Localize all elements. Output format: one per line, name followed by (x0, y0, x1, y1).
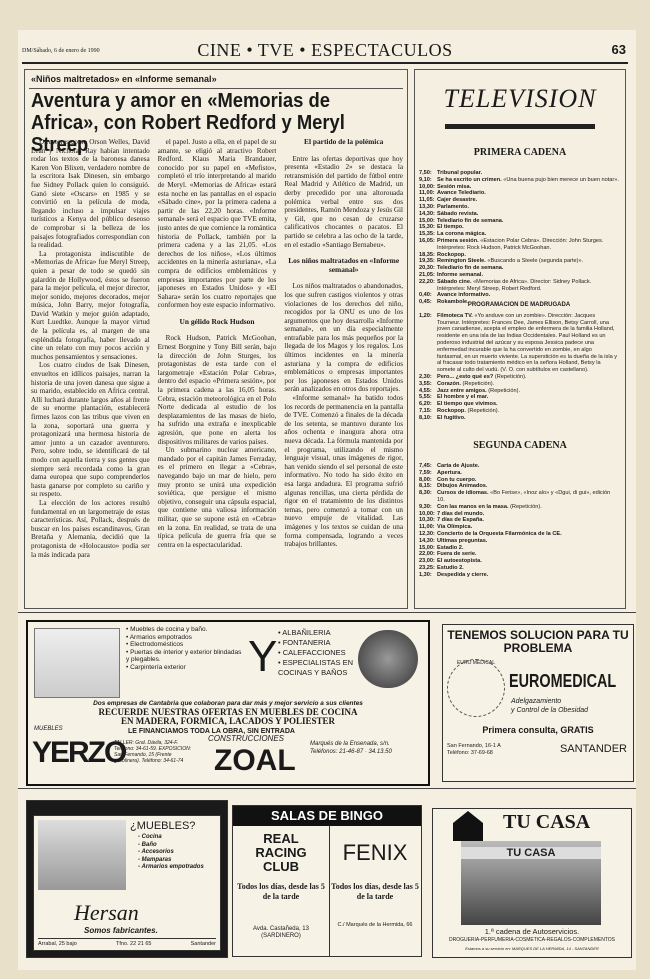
schedule-row: 6,20:El tiempo que vivimos. (419, 401, 619, 408)
program-time: 8,00: (419, 477, 437, 484)
list-item: • Carpintería exterior (126, 664, 246, 672)
program-time: 13,30: (419, 204, 437, 211)
program-name: Estadio 2. (437, 545, 463, 551)
program-name: Sábado cine. (437, 279, 473, 285)
program-name: Concierto de la Orquesta Filarmónica de … (437, 531, 562, 537)
bingo-divider (329, 826, 330, 956)
schedule-row: 14,30:Ultimas preguntas. (419, 538, 619, 545)
paragraph: Entre las ofertas deportivas que hoy pre… (284, 155, 403, 250)
schedule-row: 7,15:Rockopop. (Repetición). (419, 408, 619, 415)
subheading: Un gélido Rock Hudson (158, 318, 277, 327)
program-name: Remington Steele. (437, 258, 487, 264)
schedule-row: 22,20:Sábado cine. «Memorias de Africa».… (419, 279, 619, 293)
article-column-1: Directores como Orson Welles, David Lean… (31, 138, 150, 604)
program-time: 19,35: (419, 258, 437, 265)
list-item: - Accesorios (138, 849, 204, 857)
program-name: Rockopop. (437, 252, 466, 258)
program-name: 7 días de España. (437, 517, 484, 523)
house-icon (453, 811, 483, 841)
program-description: «Yo anduve con un zombie». Dirección: Ja… (437, 313, 617, 373)
schedule-segunda: 7,45:Carta de Ajuste. 7,59:Apertura. 8,0… (419, 463, 619, 579)
schedule-row: 15,30:El tiempo. (419, 224, 619, 231)
zoal-address: Marqués de la Ensenada, s/n. Teléfonos: … (310, 740, 420, 756)
euromedical-headline: TENEMOS SOLUCION PARA TU PROBLEMA (443, 629, 633, 655)
program-name: El tiempo. (437, 224, 464, 230)
page-number: 63 (612, 42, 626, 57)
program-time: 8,15: (419, 483, 437, 490)
zoal-logo: ZOAL (214, 744, 296, 778)
bingo-right-name: FENIX (331, 840, 419, 866)
schedule-row: 8,30:Cursos de idiomas. «Bo Ferise», «In… (419, 490, 619, 504)
schedule-row: 19,35:Remington Steele. «Buscando a Stee… (419, 258, 619, 265)
program-time: 8,30: (419, 490, 437, 504)
program-time: 7,15: (419, 408, 437, 415)
schedule-row: 23,00:El autoestopista. (419, 558, 619, 565)
program-time: 15,00: (419, 218, 437, 225)
program-name: El fugitivo. (437, 415, 466, 421)
hersan-items: - Cocina - Baño - Accesorios - Mamparas … (138, 834, 204, 872)
schedule-row: 11,00:Avance Telediario. (419, 190, 619, 197)
list-item: - Armarios empotrados (138, 864, 204, 872)
address-line: San Fernando, 16-1 A (447, 743, 501, 750)
program-time: 7,50: (419, 170, 437, 177)
program-time: 6,20: (419, 401, 437, 408)
program-name: Filmoteca TV. (437, 313, 474, 319)
schedule-row: 9,10:Se ha escrito un crimen. «Una buena… (419, 177, 619, 184)
program-name: La corona mágica. (437, 231, 486, 237)
schedule-row: 18,35:Rockopop. (419, 252, 619, 259)
program-time: 16,05: (419, 238, 437, 252)
tucasa-line3: Estamos a su servicio en: MARQUES DE LA … (433, 946, 631, 951)
program-name: Cursos de idiomas. (437, 490, 490, 496)
program-time: 1,20: (419, 313, 437, 374)
schedule-row: 12,30:Concierto de la Orquesta Filarmóni… (419, 531, 619, 538)
euromedical-contact: San Fernando, 16-1 A Teléfono: 37-69-68 (447, 743, 501, 757)
hersan-contact: Arrabal, 25 bajo Tfno. 22 21 65 Santande… (38, 938, 216, 947)
subsection-heading: PROGRAMACION DE MADRUGADA (419, 302, 619, 309)
ad-bingo: SALAS DE BINGO REAL RACING CLUB Todos lo… (232, 805, 422, 957)
program-name: Corazón. (437, 381, 462, 387)
program-time: 22,20: (419, 279, 437, 293)
yerzo-logo: YERZO (32, 736, 125, 770)
schedule-row: 9,30:Con las manos en la masa. (Repetici… (419, 504, 619, 511)
paragraph: Los niños maltratados o abandonados, los… (284, 282, 403, 394)
paragraph: Directores como Orson Welles, David Lean… (31, 138, 150, 250)
program-name: Carta de Ajuste. (437, 463, 479, 469)
program-name: Telediario fin de semana. (437, 218, 503, 224)
storefront-photo: TU CASA (461, 841, 601, 925)
schedule-row: 15,00:Telediario fin de semana. (419, 218, 619, 225)
program-time: 22,00: (419, 551, 437, 558)
program-description: (Repetición). (495, 374, 527, 380)
yerzo-address: TALLER: Gral. Dávila, 324-F. Teléfono: 3… (114, 740, 194, 764)
euromedical-seal: EURO MEDICAL (447, 659, 505, 717)
channel-heading-primera: PRIMERA CADENA (415, 147, 625, 158)
phone-line: Teléfono: 37-69-68 (447, 750, 501, 757)
euromedical-brand: EUROMEDICAL (509, 671, 616, 692)
list-item: • ALBAÑILERIA (278, 628, 358, 638)
program-time: 21,05: (419, 272, 437, 279)
program-name: Rockopop. (437, 408, 467, 414)
title-bar (445, 124, 595, 129)
kitchen-illustration (34, 628, 120, 698)
program-name: Avance Telediario. (437, 190, 486, 196)
yerzo-small: MUEBLES (34, 726, 63, 732)
program-time: 8,10: (419, 415, 437, 422)
program-name: Informe semanal. (437, 272, 483, 278)
paragraph: La protagonista indiscutible de «Memoria… (31, 250, 150, 362)
program-time: 14,30: (419, 538, 437, 545)
program-time: 7,59: (419, 470, 437, 477)
euromedical-offer: Primera consulta, GRATIS (443, 725, 633, 735)
city: Santander (191, 941, 216, 947)
list-item: • Puertas de interior y exterior blindad… (126, 649, 246, 664)
list-item: - Baño (138, 842, 204, 850)
furniture-list: • Muebles de cocina y baño. • Armarios e… (126, 626, 246, 672)
program-time: 15,30: (419, 224, 437, 231)
list-item: - Cocina (138, 834, 204, 842)
euromedical-desc: Adelgazamiento y Control de la Obesidad (511, 697, 588, 715)
schedule-row: 16,05:Primera sesión. «Estacion Polar Ce… (419, 238, 619, 252)
phone: Tfno. 22 21 65 (116, 941, 151, 947)
paragraph: Un submarino nuclear americano, mandado … (158, 446, 277, 549)
hersan-tagline: Somos fabricantes. (84, 926, 158, 935)
paragraph: Rock Hudson, Patrick McGoohan, Ernest Bo… (158, 334, 277, 446)
y-letter: Y (248, 632, 277, 682)
program-name: Despedida y cierre. (437, 572, 488, 578)
ad-hersan: ¿MUEBLES? - Cocina - Baño - Accesorios -… (26, 800, 228, 958)
schedule-row: 7,45:Carta de Ajuste. (419, 463, 619, 470)
ad-tucasa: TU CASA TU CASA 1.ª cadena de Autoservic… (432, 808, 632, 958)
article-kicker: «Niños maltretados» en «Informe semanal» (31, 74, 217, 84)
television-listings: TELEVISION PRIMERA CADENA 7,50:Tribunal … (414, 69, 626, 609)
schedule-row: 10,00:7 días del mundo. (419, 511, 619, 518)
schedule-row: 20,30:Telediario fin de semana. (419, 265, 619, 272)
hersan-title: ¿MUEBLES? (130, 820, 195, 832)
program-name: Jazz entre amigos. (437, 388, 488, 394)
address-line: Marqués de la Ensenada, s/n. (310, 740, 420, 748)
ad-headline: RECUERDE NUESTRAS OFERTAS EN MUEBLES DE … (28, 708, 428, 726)
program-name: Fuera de serie. (437, 551, 477, 557)
program-time: 9,10: (419, 177, 437, 184)
schedule-row: 8,00:Con tu cuerpo. (419, 477, 619, 484)
program-time: 11,05: (419, 197, 437, 204)
kicker-divider (29, 88, 403, 89)
section-divider (18, 612, 636, 613)
subheading: Los niños maltratados en «Informe semana… (284, 257, 403, 274)
ad-yerzo-zoal: • Muebles de cocina y baño. • Armarios e… (26, 620, 430, 786)
bingo-right-address: C./ Marqués de la Hermida, 66 (331, 922, 419, 929)
storefront-sign: TU CASA (461, 847, 601, 859)
schedule-row: 11,05:Cajer desastre. (419, 197, 619, 204)
program-time: 3,55: (419, 381, 437, 388)
schedule-row: 5,55:El hombre y el mar. (419, 394, 619, 401)
tucasa-line2: DROGUERIA-PERFUMERIA-COSMETICA-REGALOS-C… (433, 937, 631, 943)
ad-tagline: Dos empresas de Cantabria que colaboran … (28, 700, 428, 707)
schedule-row: 15,00:Estadio 2. (419, 545, 619, 552)
program-name: Tribunal popular. (437, 170, 482, 176)
article-column-2: el papel. Justo a ella, en el papel de s… (158, 138, 277, 604)
paragraph: el papel. Justo a ella, en el papel de s… (158, 138, 277, 310)
seal-text: EURO MEDICAL (457, 660, 495, 666)
bingo-left-name: REAL RACING CLUB (237, 832, 325, 874)
list-item: - Mamparas (138, 857, 204, 865)
program-name: Ultimas preguntas. (437, 538, 487, 544)
program-name: Sábado revista. (437, 211, 478, 217)
program-time: 10,00: (419, 184, 437, 191)
paragraph: La elección de los actores resultó funda… (31, 499, 150, 559)
program-name: Con las manos en la masa. (437, 504, 510, 510)
paragraph: «Informe semanal» ha batido todos los re… (284, 394, 403, 549)
program-time: 7,45: (419, 463, 437, 470)
list-item: • Muebles de cocina y baño. (126, 626, 246, 634)
euromedical-city: SANTANDER (560, 743, 627, 755)
program-description: «Buscando a Steele (segunda parte)». (487, 258, 583, 264)
section-title: CINE • TVE • ESPECTACULOS (22, 40, 628, 61)
program-name: 7 días del mundo. (437, 511, 484, 517)
ad-euromedical: TENEMOS SOLUCION PARA TU PROBLEMA EURO M… (442, 624, 634, 782)
program-time: 15,35: (419, 231, 437, 238)
main-article: «Niños maltretados» en «Informe semanal»… (24, 69, 408, 609)
program-time: 23,25: (419, 565, 437, 572)
schedule-primera: 7,50:Tribunal popular. 9,10:Se ha escrit… (419, 170, 619, 306)
program-time: 1,30: (419, 572, 437, 579)
channel-heading-segunda: SEGUNDA CADENA (415, 440, 625, 451)
subheading: El partido de la polémica (284, 138, 403, 147)
schedule-row: 23,25:Estudio 2. (419, 565, 619, 572)
program-time: 15,00: (419, 545, 437, 552)
headline-line: EN MADERA, FORMICA, LACADOS Y POLIESTER (28, 717, 428, 726)
program-description: (Repetición). (462, 381, 494, 387)
program-description: (Repetición). (510, 504, 542, 510)
program-name: Se ha escrito un crimen. (437, 177, 503, 183)
program-description: «Una buena pujo bien merece un buen nota… (503, 177, 619, 183)
schedule-row: 1,20:Filmoteca TV. «Yo anduve con un zom… (419, 313, 619, 374)
schedule-row: 3,55:Corazón. (Repetición). (419, 381, 619, 388)
tucasa-logo: TU CASA (503, 811, 590, 834)
program-time: 11,00: (419, 190, 437, 197)
desc-line: y Control de la Obesidad (511, 706, 588, 715)
program-time: 10,30: (419, 517, 437, 524)
address: Arrabal, 25 bajo (38, 941, 77, 947)
phone-line: Teléfonos: 21-46-87 · 34.13.50 (310, 748, 420, 756)
program-time: 11,00: (419, 524, 437, 531)
program-time: 20,30: (419, 265, 437, 272)
schedule-row: 13,30:Parlamento. (419, 204, 619, 211)
bingo-right-hours: Todos los días, desde las 5 de la tarde (331, 882, 419, 902)
schedule-row: 4,55:Jazz entre amigos. (Repetición). (419, 388, 619, 395)
schedule-row: 15,35:La corona mágica. (419, 231, 619, 238)
kitchen-photo (38, 820, 126, 890)
program-name: Cajer desastre. (437, 197, 477, 203)
bingo-title: SALAS DE BINGO (233, 806, 421, 826)
zoal-small: CONSTRUCCIONES (208, 734, 284, 743)
schedule-madrugada: PROGRAMACION DE MADRUGADA1,20:Filmoteca … (419, 298, 619, 422)
bingo-left-address: Avda. Castañeda, 13 (SARDINERO) (237, 926, 325, 940)
bingo-left-hours: Todos los días, desde las 5 de la tarde (237, 882, 325, 902)
program-name: El hombre y el mar. (437, 394, 488, 400)
program-time: 5,55: (419, 394, 437, 401)
program-name: El autoestopista. (437, 558, 482, 564)
program-description: (Repetición). (488, 388, 520, 394)
program-time: 23,00: (419, 558, 437, 565)
list-item: • ESPECIALISTAS EN COCINAS Y BAÑOS (278, 658, 358, 678)
schedule-row: 21,05:Informe semanal. (419, 272, 619, 279)
page-header: DM/Sábado, 6 de enero de 1990 CINE • TVE… (22, 40, 628, 64)
schedule-row: 7,59:Apertura. (419, 470, 619, 477)
hersan-brand: Hersan (74, 900, 139, 926)
program-name: Estudio 2. (437, 565, 464, 571)
schedule-row: 7,50:Tribunal popular. (419, 170, 619, 177)
hersan-panel: ¿MUEBLES? - Cocina - Baño - Accesorios -… (33, 815, 221, 951)
program-name: Dibujos Animados. (437, 483, 487, 489)
program-time: 10,00: (419, 511, 437, 518)
program-time: 2,30: (419, 374, 437, 381)
program-name: Vía Olímpica. (437, 524, 472, 530)
list-item: • Electrodomésticos (126, 641, 246, 649)
schedule-row: 11,00:Vía Olímpica. (419, 524, 619, 531)
list-item: • FONTANERIA (278, 638, 358, 648)
program-time: 9,30: (419, 504, 437, 511)
schedule-row: 22,00:Fuera de serie. (419, 551, 619, 558)
article-column-3: El partido de la polémica Entre las ofer… (284, 138, 403, 604)
program-name: Pero... ¿esto qué es? (437, 374, 495, 380)
program-time: 18,35: (419, 252, 437, 259)
cement-mixer-icon (358, 630, 418, 688)
program-time: 12,30: (419, 531, 437, 538)
tucasa-line1: 1.ª cadena de Autoservicios. (433, 927, 631, 936)
list-item: • CALEFACCIONES (278, 648, 358, 658)
section-divider (18, 788, 636, 789)
program-name: Telediario fin de semana. (437, 265, 503, 271)
program-name: El tiempo que vivimos. (437, 401, 498, 407)
desc-line: Adelgazamiento (511, 697, 588, 706)
schedule-row: 10,00:Sesión misa. (419, 184, 619, 191)
schedule-row: 1,30:Despedida y cierre. (419, 572, 619, 579)
program-description: (Repetición). (467, 408, 499, 414)
schedule-row: 14,30:Sábado revista. (419, 211, 619, 218)
program-name: Primera sesión. (437, 238, 480, 244)
schedule-row: 8,15:Dibujos Animados. (419, 483, 619, 490)
program-name: Sesión misa. (437, 184, 471, 190)
schedule-row: 2,30:Pero... ¿esto qué es? (Repetición). (419, 374, 619, 381)
schedule-row: 8,10:El fugitivo. (419, 415, 619, 422)
services-list: • ALBAÑILERIA • FONTANERIA • CALEFACCION… (278, 628, 358, 678)
paragraph: Los cuatro ciudos de Isak Dinesen, envue… (31, 361, 150, 499)
program-name: Parlamento. (437, 204, 469, 210)
schedule-row: 10,30:7 días de España. (419, 517, 619, 524)
program-time: 14,30: (419, 211, 437, 218)
program-time: 4,55: (419, 388, 437, 395)
program-name: Apertura. (437, 470, 462, 476)
list-item: • Armarios empotrados (126, 634, 246, 642)
article-columns: Directores como Orson Welles, David Lean… (31, 138, 403, 604)
program-name: Con tu cuerpo. (437, 477, 476, 483)
tv-title: TELEVISION (415, 84, 625, 114)
